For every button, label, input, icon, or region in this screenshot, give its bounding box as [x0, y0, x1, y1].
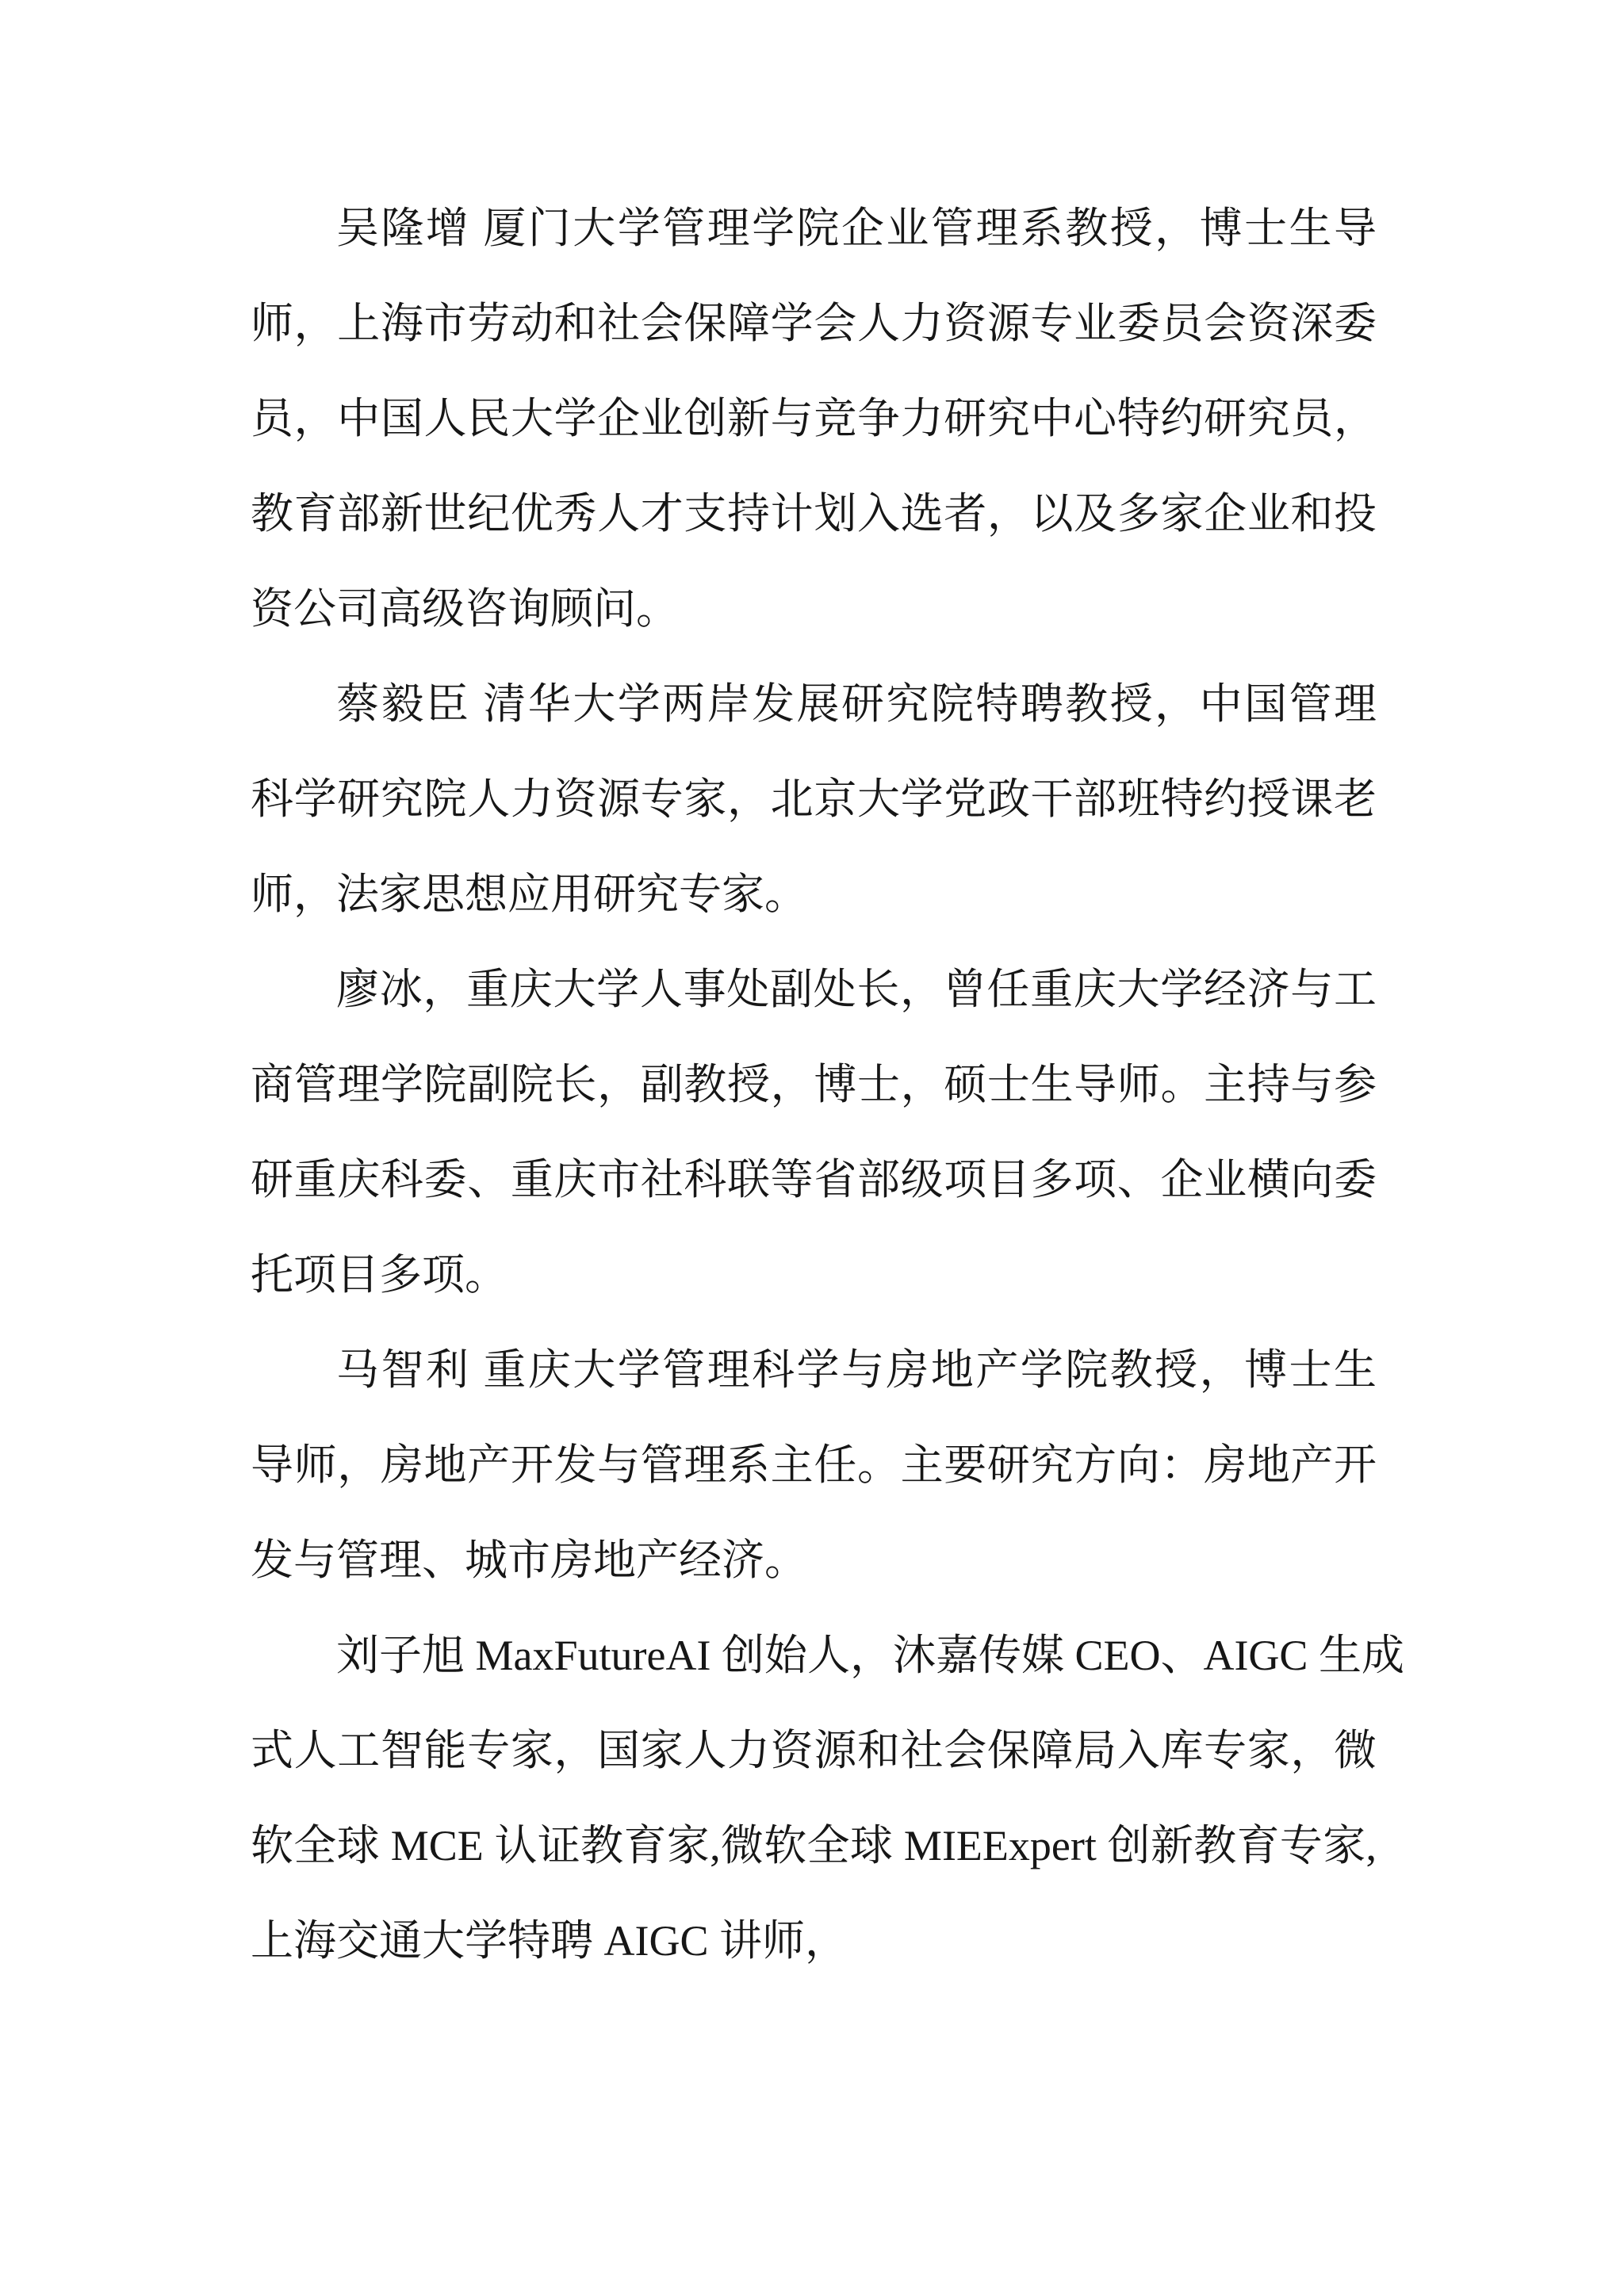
- text-line: 蔡毅臣 清华大学两岸发展研究院特聘教授，中国管理: [251, 656, 1377, 752]
- text-line: 教育部新世纪优秀人才支持计划入选者，以及多家企业和投: [251, 466, 1377, 561]
- text-line: 研重庆科委、重庆市社科联等省部级项目多项、企业横向委: [251, 1132, 1377, 1227]
- text-line: 员，中国人民大学企业创新与竞争力研究中心特约研究员，: [251, 371, 1377, 466]
- text-block: 吴隆增 厦门大学管理学院企业管理系教授，博士生导 师，上海市劳动和社会保障学会人…: [251, 181, 1377, 1988]
- text-line: 式人工智能专家，国家人力资源和社会保障局入库专家，微: [251, 1703, 1377, 1798]
- text-line: 导师，房地产开发与管理系主任。主要研究方向：房地产开: [251, 1418, 1377, 1513]
- text-line: 科学研究院人力资源专家，北京大学党政干部班特约授课老: [251, 752, 1377, 847]
- text-line: 吴隆增 厦门大学管理学院企业管理系教授，博士生导: [251, 181, 1377, 276]
- paragraph-liu-zixu: 刘子旭 MaxFutureAI 创始人，沐嘉传媒 CEO、AIGC 生成 式人工…: [251, 1608, 1377, 1988]
- text-line: 刘子旭 MaxFutureAI 创始人，沐嘉传媒 CEO、AIGC 生成: [251, 1608, 1377, 1703]
- text-line: 托项目多项。: [251, 1227, 1377, 1322]
- document-page: 吴隆增 厦门大学管理学院企业管理系教授，博士生导 师，上海市劳动和社会保障学会人…: [0, 0, 1624, 2296]
- paragraph-ma-zhili: 马智利 重庆大学管理科学与房地产学院教授，博士生 导师，房地产开发与管理系主任。…: [251, 1322, 1377, 1608]
- paragraph-wu-longzeng: 吴隆增 厦门大学管理学院企业管理系教授，博士生导 师，上海市劳动和社会保障学会人…: [251, 181, 1377, 656]
- text-line: 师，上海市劳动和社会保障学会人力资源专业委员会资深委: [251, 276, 1377, 371]
- text-line: 师，法家思想应用研究专家。: [251, 847, 1377, 942]
- text-line: 软全球 MCE 认证教育家,微软全球 MIEExpert 创新教育专家,: [251, 1798, 1377, 1893]
- paragraph-cai-yichen: 蔡毅臣 清华大学两岸发展研究院特聘教授，中国管理 科学研究院人力资源专家，北京大…: [251, 656, 1377, 942]
- text-line: 资公司高级咨询顾问。: [251, 561, 1377, 656]
- text-line: 上海交通大学特聘 AIGC 讲师，: [251, 1893, 1377, 1988]
- text-line: 发与管理、城市房地产经济。: [251, 1513, 1377, 1608]
- text-line: 廖冰，重庆大学人事处副处长，曾任重庆大学经济与工: [251, 942, 1377, 1037]
- text-line: 商管理学院副院长，副教授，博士，硕士生导师。主持与参: [251, 1037, 1377, 1132]
- text-line: 马智利 重庆大学管理科学与房地产学院教授，博士生: [251, 1322, 1377, 1418]
- paragraph-liao-bing: 廖冰，重庆大学人事处副处长，曾任重庆大学经济与工 商管理学院副院长，副教授，博士…: [251, 942, 1377, 1322]
